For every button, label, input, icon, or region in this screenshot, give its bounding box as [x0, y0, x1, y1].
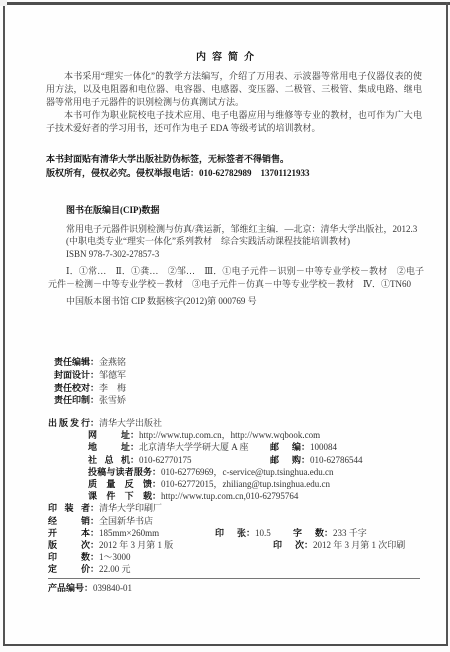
pub-row-print-run: 印数：1～3000 [48, 551, 430, 563]
pub-row-publisher: 出版发行：清华大学出版社 [48, 417, 430, 429]
colon: ： [90, 528, 99, 538]
pub-value: 全国新华书店 [99, 516, 153, 526]
credit-value: 李 梅 [99, 383, 126, 393]
credit-row-proofreader: 责任校对：李 梅 [54, 382, 126, 395]
pub-value: 185mm×260mm [99, 528, 159, 538]
pub-col2: 邮购：010-62786544 [270, 454, 363, 466]
colon: ： [130, 455, 139, 465]
pub-col2: 邮编：100084 [270, 441, 337, 453]
credit-value: 金燕铭 [99, 357, 126, 367]
colon: ： [130, 442, 139, 452]
pub-label: 印数 [48, 551, 90, 563]
colon: ： [304, 540, 313, 550]
publishing-info-block: 出版发行：清华大学出版社 网址：http://www.tup.com.cn，ht… [48, 417, 430, 576]
pub-value: 清华大学出版社 [99, 418, 162, 428]
scan-edge-bottom [3, 644, 448, 646]
pub-row-switchboard: 社总机：010-62770175邮购：010-62786544 [48, 454, 430, 466]
divider-rule [48, 578, 420, 579]
notice-line-copyright: 版权所有，侵权必究。侵权举报电话：010-62782989 1370112193… [46, 167, 428, 181]
colon: ： [90, 516, 99, 526]
pub-col3: 字数：233 千字 [293, 527, 367, 539]
credit-label: 责任校对 [54, 383, 90, 393]
pub-label: 社总机 [88, 454, 130, 466]
pub-row-format: 开本：185mm×260mm印张：10.5字数：233 千字 [48, 527, 430, 539]
credit-row-editor: 责任编辑：金燕铭 [54, 356, 126, 369]
colon: ： [152, 491, 161, 501]
cip-isbn-line: ISBN 978-7-302-27857-3 [66, 248, 424, 261]
pub-value: 010-62786544 [310, 455, 363, 465]
pub-row-quality-feedback: 质量反馈：010-62772015，zhiliang@tup.tsinghua.… [48, 478, 430, 490]
product-number-row: 产品编号：039840-01 [48, 582, 132, 594]
scan-edge-top [0, 2, 450, 5]
pub-label: 开本 [48, 527, 90, 539]
pub-value: 清华大学印刷厂 [99, 503, 162, 513]
pub-value: 233 千字 [333, 528, 367, 538]
credits-block: 责任编辑：金燕铭 封面设计：邹德军 责任校对：李 梅 责任印制：张雪娇 [54, 356, 126, 407]
colon: ： [90, 383, 99, 393]
pub-label: 出版发行 [48, 417, 90, 429]
credit-value: 张雪娇 [99, 395, 126, 405]
summary-paragraph-1: 本书采用“理实一体化”的教学方法编写，介绍了万用表、示波器等常用电子仪器仪表的使… [46, 70, 422, 109]
colon: ： [301, 442, 310, 452]
product-number-label: 产品编号 [48, 583, 84, 593]
cip-record-number: 中国版本图书馆 CIP 数据核字(2012)第 000769 号 [66, 295, 424, 308]
pub-label: 网址 [88, 429, 130, 441]
pub-label: 印张 [215, 527, 246, 539]
colon: ： [246, 528, 255, 538]
pub-value: 10.5 [255, 528, 271, 538]
pub-col2: 印次：2012 年 3 月第 1 次印刷 [273, 539, 405, 551]
pub-col2: 印张：10.5 [215, 527, 271, 539]
colon: ： [324, 528, 333, 538]
colon: ： [301, 455, 310, 465]
pub-value: 010-62776969，c-service@tup.tsinghua.edu.… [161, 467, 334, 477]
credit-row-cover-design: 封面设计：邹德军 [54, 369, 126, 382]
colon: ： [90, 540, 99, 550]
pub-label: 邮购 [270, 454, 301, 466]
credit-row-print-supervisor: 责任印制：张雪娇 [54, 394, 126, 407]
anti-piracy-notice: 本书封面贴有清华大学出版社防伪标签，无标签者不得销售。 版权所有，侵权必究。侵权… [46, 153, 428, 180]
summary-paragraph-2: 本书可作为职业院校电子技术应用、电子电器应用与维修等专业的教材，也可作为广大电子… [46, 109, 422, 135]
cip-block: 图书在版编目(CIP)数据 常用电子元器件识别检测与仿真/龚运新，邹维红主编．—… [48, 204, 424, 308]
pub-label: 课件下载 [88, 490, 152, 502]
credit-label: 封面设计 [54, 370, 90, 380]
scan-edge-right [446, 2, 448, 646]
colon: ： [90, 552, 99, 562]
pub-label: 印次 [273, 539, 304, 551]
product-number-value: 039840-01 [93, 583, 132, 593]
pub-value: 010-62770175 [139, 455, 192, 465]
colon: ： [84, 583, 93, 593]
pub-label: 地址 [88, 441, 130, 453]
pub-value: 1～3000 [99, 552, 131, 562]
pub-value: http://www.tup.com.cn,010-62795764 [161, 491, 298, 501]
pub-row-edition: 版次：2012 年 3 月第 1 版印次：2012 年 3 月第 1 次印刷 [48, 539, 430, 551]
summary-heading: 内容简介 [0, 48, 450, 63]
credit-value: 邹德军 [99, 370, 126, 380]
scan-corner-notch [0, 0, 7, 6]
pub-value: 22.00 元 [99, 564, 131, 574]
pub-label: 经销 [48, 515, 90, 527]
colon: ： [130, 430, 139, 440]
pub-value: 010-62772015，zhiliang@tup.tsinghua.edu.c… [161, 479, 330, 489]
pub-label: 投稿与读者服务 [88, 466, 152, 478]
pub-row-address: 地址：北京清华大学学研大厦 A 座邮编：100084 [48, 441, 430, 453]
pub-row-website: 网址：http://www.tup.com.cn，http://www.wqbo… [48, 429, 430, 441]
pub-label: 印装者 [48, 502, 90, 514]
colon: ： [90, 418, 99, 428]
colon: ： [90, 564, 99, 574]
credit-label: 责任编辑 [54, 357, 90, 367]
pub-label: 邮编 [270, 441, 301, 453]
pub-label: 字数 [293, 527, 324, 539]
cip-heading: 图书在版编目(CIP)数据 [66, 204, 424, 217]
pub-row-distributor: 经销：全国新华书店 [48, 515, 430, 527]
colon: ： [152, 479, 161, 489]
cip-series-line: (中职电类专业“理实一体化”系列教材 综合实践活动课程技能培训教材) [66, 235, 424, 248]
pub-label: 版次 [48, 539, 90, 551]
pub-value: http://www.tup.com.cn，http://www.wqbook.… [139, 430, 320, 440]
summary-block: 本书采用“理实一体化”的教学方法编写，介绍了万用表、示波器等常用电子仪器仪表的使… [46, 70, 422, 135]
colon: ： [90, 370, 99, 380]
cip-bibliography: 常用电子元器件识别检测与仿真/龚运新，邹维红主编．—北京：清华大学出版社，201… [66, 223, 424, 261]
pub-row-reader-service: 投稿与读者服务：010-62776969，c-service@tup.tsing… [48, 466, 430, 478]
pub-label: 质量反馈 [88, 478, 152, 490]
pub-value: 2012 年 3 月第 1 版 [99, 540, 173, 550]
scan-edge-left [3, 2, 5, 646]
colon: ： [90, 395, 99, 405]
pub-value: 100084 [310, 442, 337, 452]
cip-classification: Ⅰ．①常… Ⅱ．①龚… ②邹… Ⅲ．①电子元件－识别－中等专业学校－教材 ②电子… [48, 265, 424, 290]
notice-line-sticker: 本书封面贴有清华大学出版社防伪标签，无标签者不得销售。 [46, 153, 428, 167]
colon: ： [90, 503, 99, 513]
cip-title-line: 常用电子元器件识别检测与仿真/龚运新，邹维红主编．—北京：清华大学出版社，201… [66, 223, 424, 236]
pub-label: 定价 [48, 563, 90, 575]
book-copyright-page: 内容简介 本书采用“理实一体化”的教学方法编写，介绍了万用表、示波器等常用电子仪… [0, 0, 450, 652]
pub-row-printer: 印装者：清华大学印刷厂 [48, 502, 430, 514]
pub-row-courseware-download: 课件下载：http://www.tup.com.cn,010-62795764 [48, 490, 430, 502]
credit-label: 责任印制 [54, 395, 90, 405]
colon: ： [152, 467, 161, 477]
pub-value: 2012 年 3 月第 1 次印刷 [313, 540, 405, 550]
colon: ： [90, 357, 99, 367]
pub-row-price: 定价：22.00 元 [48, 563, 430, 575]
pub-value: 北京清华大学学研大厦 A 座 [139, 442, 249, 452]
